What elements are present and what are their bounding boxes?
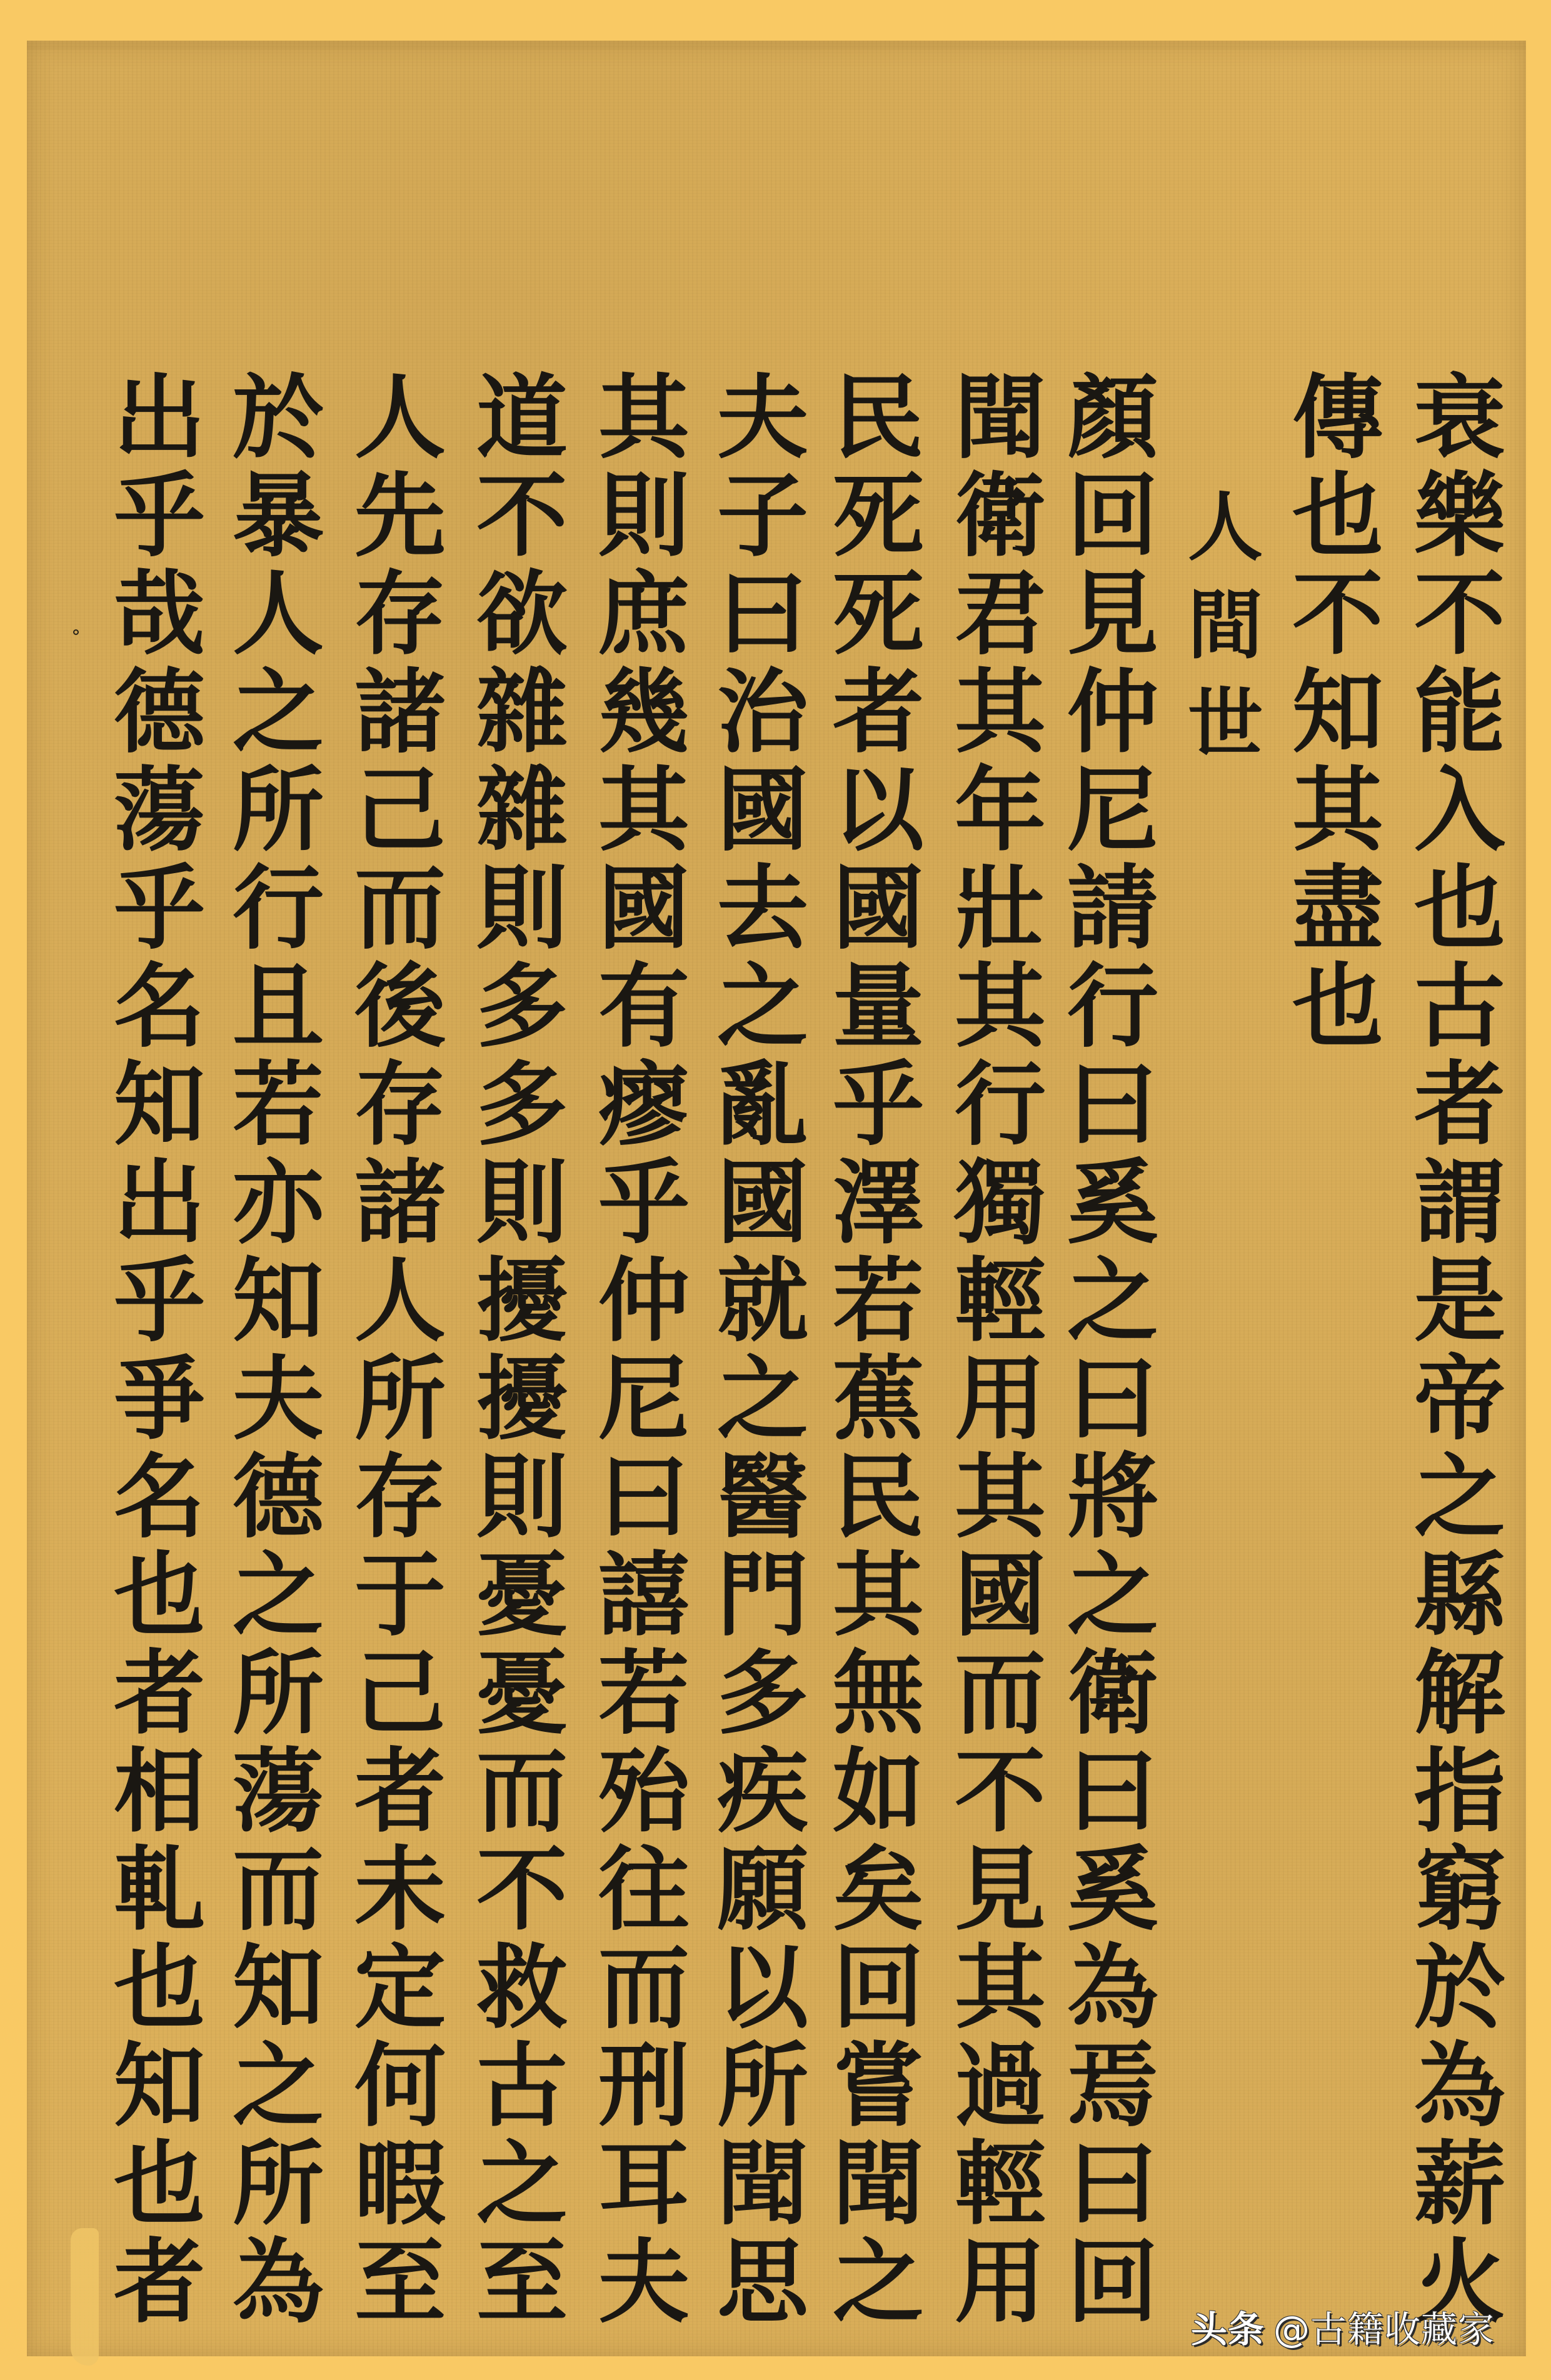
text-column-5: 聞衛君其年壯其行獨輕用其國而不見其過輕用	[938, 369, 1063, 2331]
manuscript-character: 其	[938, 1448, 1063, 1546]
manuscript-character: 蕩	[97, 761, 222, 859]
manuscript-character: 暇	[338, 2135, 463, 2233]
manuscript-character: 者	[1397, 1056, 1522, 1154]
manuscript-character: 知	[216, 1252, 341, 1350]
manuscript-character: 所	[338, 1350, 463, 1448]
manuscript-character: 帝	[1397, 1350, 1522, 1448]
manuscript-character: 過	[938, 2037, 1063, 2135]
manuscript-character: 門	[700, 1546, 825, 1644]
manuscript-character: 蕉	[816, 1350, 941, 1448]
manuscript-character: 請	[1050, 859, 1175, 957]
manuscript-character: 亂	[700, 1056, 825, 1154]
manuscript-character: 也	[97, 1546, 222, 1644]
manuscript-character: 而	[216, 1841, 341, 1939]
manuscript-character: 乎	[97, 1252, 222, 1350]
manuscript-character: 聞	[816, 2135, 941, 2233]
manuscript-character: 于	[338, 1546, 463, 1644]
manuscript-character: 其	[1275, 761, 1400, 859]
manuscript-character: 德	[97, 663, 222, 761]
manuscript-character: 蕩	[216, 1742, 341, 1841]
manuscript-character: 幾	[581, 663, 706, 761]
manuscript-character: 刑	[581, 2037, 706, 2135]
manuscript-character: 衛	[1050, 1644, 1175, 1742]
manuscript-character: 道	[459, 369, 585, 467]
manuscript-character: 謂	[1397, 1154, 1522, 1252]
manuscript-character: 之	[1050, 1546, 1175, 1644]
manuscript-character: 德	[216, 1448, 341, 1546]
manuscript-character: 縣	[1397, 1546, 1522, 1644]
manuscript-character: 知	[97, 2037, 222, 2135]
manuscript-character: 死	[816, 565, 941, 663]
manuscript-character: 焉	[1050, 2037, 1175, 2135]
manuscript-character: 量	[816, 957, 941, 1056]
manuscript-character: 回	[1050, 2233, 1175, 2331]
manuscript-character: 國	[700, 761, 825, 859]
manuscript-character: 曰	[1050, 1350, 1175, 1448]
manuscript-character: 奚	[1050, 1841, 1175, 1939]
manuscript-character: 民	[816, 1448, 941, 1546]
manuscript-character: 存	[338, 1448, 463, 1546]
manuscript-character: 出	[97, 1154, 222, 1252]
manuscript-character: 不	[459, 1841, 585, 1939]
manuscript-character: 軋	[97, 1841, 222, 1939]
manuscript-character: 而	[581, 1939, 706, 2037]
manuscript-character: 其	[938, 957, 1063, 1056]
manuscript-character: 之	[1397, 1448, 1522, 1546]
manuscript-character: 古	[1397, 957, 1522, 1056]
manuscript-character: 去	[700, 859, 825, 957]
manuscript-character: 若	[216, 1056, 341, 1154]
manuscript-character: 古	[459, 2037, 585, 2135]
manuscript-character: 薪	[1397, 2135, 1522, 2233]
manuscript-character: 之	[216, 1546, 341, 1644]
manuscript-character: 夫	[581, 2233, 706, 2331]
manuscript-character: 國	[816, 859, 941, 957]
manuscript-character: 出	[97, 369, 222, 467]
manuscript-character: 民	[816, 369, 941, 467]
manuscript-character: 若	[581, 1644, 706, 1742]
manuscript-character: 己	[338, 1644, 463, 1742]
manuscript-character: 為	[216, 2233, 341, 2331]
manuscript-character: 至	[459, 2233, 585, 2331]
manuscript-character: 者	[338, 1742, 463, 1841]
manuscript-character: 則	[459, 1448, 585, 1546]
manuscript-character: 多	[700, 1644, 825, 1742]
manuscript-character: 曰	[581, 1448, 706, 1546]
manuscript-character: 行	[216, 859, 341, 957]
manuscript-character: 醫	[700, 1448, 825, 1546]
manuscript-character: 多	[459, 1056, 585, 1154]
manuscript-character: 傳	[1275, 369, 1400, 467]
manuscript-character: 也	[1397, 859, 1522, 957]
manuscript-character: 曰	[700, 565, 825, 663]
manuscript-page: 衰樂不能入也古者謂是帝之縣解指窮於為薪火 傳也不知其盡也 人間世 顏回見仲尼請行…	[27, 41, 1526, 2356]
manuscript-character: 其	[816, 1546, 941, 1644]
manuscript-character: 不	[938, 1742, 1063, 1841]
manuscript-character: 知	[1275, 663, 1400, 761]
manuscript-character: 而	[459, 1742, 585, 1841]
manuscript-character: 於	[216, 369, 341, 467]
manuscript-character: 且	[216, 957, 341, 1056]
manuscript-character: 所	[216, 2135, 341, 2233]
text-column-6: 民死死者以國量乎澤若蕉民其無如矣回嘗聞之	[816, 369, 941, 2331]
manuscript-character: 年	[938, 761, 1063, 859]
manuscript-character: 將	[1050, 1448, 1175, 1546]
manuscript-character: 則	[459, 1154, 585, 1252]
manuscript-character: 先	[338, 467, 463, 565]
manuscript-character: 曰	[1050, 1056, 1175, 1154]
manuscript-character: 回	[1050, 467, 1175, 565]
manuscript-character: 夫	[700, 369, 825, 467]
manuscript-character: 之	[1050, 1252, 1175, 1350]
manuscript-character: 其	[581, 369, 706, 467]
manuscript-character: 乎	[581, 1154, 706, 1252]
manuscript-character: 名	[97, 957, 222, 1056]
manuscript-character: 輕	[938, 1252, 1063, 1350]
manuscript-character: 獨	[938, 1154, 1063, 1252]
manuscript-character: 人	[338, 1252, 463, 1350]
manuscript-character: 名	[97, 1448, 222, 1546]
manuscript-character: 願	[700, 1841, 825, 1939]
manuscript-character: 亦	[216, 1154, 341, 1252]
manuscript-character: 曰	[1050, 2135, 1175, 2233]
manuscript-character: 後	[338, 957, 463, 1056]
text-column-10: 人先存諸己而後存諸人所存于己者未定何暇至	[338, 369, 463, 2331]
manuscript-character: 也	[97, 1939, 222, 2037]
manuscript-character: 入	[1397, 761, 1522, 859]
manuscript-character: 之	[459, 2135, 585, 2233]
manuscript-character: 壯	[938, 859, 1063, 957]
manuscript-character: 見	[938, 1841, 1063, 1939]
manuscript-character: 憂	[459, 1644, 585, 1742]
manuscript-character: 顏	[1050, 369, 1175, 467]
manuscript-character: 則	[459, 859, 585, 957]
manuscript-character: 曰	[1050, 1742, 1175, 1841]
manuscript-character: 其	[581, 761, 706, 859]
manuscript-character: 以	[700, 1939, 825, 2037]
manuscript-character: 所	[216, 1644, 341, 1742]
manuscript-character: 而	[338, 859, 463, 957]
manuscript-character: 擾	[459, 1252, 585, 1350]
manuscript-character: 哉	[97, 565, 222, 663]
manuscript-character: 解	[1397, 1644, 1522, 1742]
manuscript-character: 擾	[459, 1350, 585, 1448]
text-column-4: 顏回見仲尼請行曰奚之曰將之衛曰奚為焉曰回	[1050, 369, 1175, 2331]
manuscript-character: 乎	[97, 467, 222, 565]
manuscript-character: 知	[97, 1056, 222, 1154]
manuscript-character: 用	[938, 1350, 1063, 1448]
manuscript-character: 窮	[1397, 1841, 1522, 1939]
manuscript-character: 諸	[338, 1154, 463, 1252]
manuscript-character: 死	[816, 467, 941, 565]
manuscript-character: 回	[816, 1939, 941, 2037]
manuscript-character: 仲	[581, 1252, 706, 1350]
manuscript-character: 其	[938, 663, 1063, 761]
manuscript-character: 人	[216, 565, 341, 663]
manuscript-character: 子	[700, 467, 825, 565]
watermark-handle: @古籍收藏家	[1273, 2308, 1495, 2351]
manuscript-character: 聞	[938, 369, 1063, 467]
manuscript-character: 國	[700, 1154, 825, 1252]
page-edge	[27, 41, 1526, 49]
manuscript-character: 乎	[97, 859, 222, 957]
manuscript-character: 治	[700, 663, 825, 761]
manuscript-character: 有	[581, 957, 706, 1056]
manuscript-character: 耳	[581, 2135, 706, 2233]
manuscript-character: 盡	[1275, 859, 1400, 957]
text-column-9: 道不欲雜雜則多多則擾擾則憂憂而不救古之至	[459, 369, 585, 2331]
manuscript-character: 見	[1050, 565, 1175, 663]
manuscript-character: 雜	[459, 761, 585, 859]
manuscript-character: 國	[581, 859, 706, 957]
manuscript-character: 之	[700, 957, 825, 1056]
manuscript-character: 國	[938, 1546, 1063, 1644]
manuscript-character: 庶	[581, 565, 706, 663]
text-column-11: 於暴人之所行且若亦知夫德之所蕩而知之所為	[216, 369, 341, 2331]
manuscript-character: 是	[1397, 1252, 1522, 1350]
manuscript-character: 之	[216, 2037, 341, 2135]
manuscript-character: 能	[1397, 663, 1522, 761]
manuscript-character: 夫	[216, 1350, 341, 1448]
manuscript-character: 人	[1163, 478, 1288, 576]
manuscript-character: 也	[1275, 467, 1400, 565]
manuscript-character: 樂	[1397, 467, 1522, 565]
paper-damage-stain	[71, 2228, 99, 2366]
manuscript-character: 若	[816, 1252, 941, 1350]
manuscript-character: 己	[338, 761, 463, 859]
manuscript-character: 用	[938, 2233, 1063, 2331]
manuscript-character: 譆	[581, 1546, 706, 1644]
manuscript-character: 而	[938, 1644, 1063, 1742]
text-column-7: 夫子曰治國去之亂國就之醫門多疾願以所聞思	[700, 369, 825, 2331]
manuscript-character: 為	[1397, 2037, 1522, 2135]
manuscript-character: 思	[700, 2233, 825, 2331]
manuscript-character: 疾	[700, 1742, 825, 1841]
manuscript-character: 世	[1163, 674, 1288, 772]
manuscript-character: 相	[97, 1742, 222, 1841]
manuscript-character: 行	[938, 1056, 1063, 1154]
manuscript-character: 行	[1050, 957, 1175, 1056]
manuscript-character: 尼	[581, 1350, 706, 1448]
manuscript-character: 其	[938, 1939, 1063, 2037]
manuscript-character: 為	[1050, 1939, 1175, 2037]
manuscript-character: 之	[700, 1350, 825, 1448]
manuscript-character: 多	[459, 957, 585, 1056]
manuscript-character: 以	[816, 761, 941, 859]
manuscript-character: 存	[338, 565, 463, 663]
manuscript-character: 奚	[1050, 1154, 1175, 1252]
manuscript-character: 乎	[816, 1056, 941, 1154]
manuscript-character: 不	[1397, 565, 1522, 663]
text-column-12: 出乎哉德蕩乎名知出乎爭名也者相軋也知也者	[97, 369, 222, 2331]
manuscript-character: 不	[459, 467, 585, 565]
manuscript-character: 如	[816, 1742, 941, 1841]
manuscript-character: 輕	[938, 2135, 1063, 2233]
manuscript-character: 知	[216, 1939, 341, 2037]
text-column-8: 其則庶幾其國有瘳乎仲尼曰譆若殆往而刑耳夫	[581, 369, 706, 2331]
manuscript-character: 也	[1275, 957, 1400, 1056]
manuscript-character: 往	[581, 1841, 706, 1939]
manuscript-character: 則	[581, 467, 706, 565]
manuscript-character: 諸	[338, 663, 463, 761]
manuscript-character: 就	[700, 1252, 825, 1350]
manuscript-character: 於	[1397, 1939, 1522, 2037]
manuscript-character: 救	[459, 1939, 585, 2037]
watermark-platform: 头条	[1191, 2308, 1265, 2351]
manuscript-character: 衛	[938, 467, 1063, 565]
manuscript-character: 所	[700, 2037, 825, 2135]
manuscript-character: 指	[1397, 1742, 1522, 1841]
text-column-1: 衰樂不能入也古者謂是帝之縣解指窮於為薪火	[1397, 369, 1522, 2331]
manuscript-character: 衰	[1397, 369, 1522, 467]
manuscript-character: 人	[338, 369, 463, 467]
manuscript-character: 聞	[700, 2135, 825, 2233]
watermark: 头条@古籍收藏家	[1191, 2300, 1495, 2352]
manuscript-character: 瘳	[581, 1056, 706, 1154]
manuscript-character: 未	[338, 1841, 463, 1939]
manuscript-character: 矣	[816, 1841, 941, 1939]
manuscript-character: 尼	[1050, 761, 1175, 859]
manuscript-character: 仲	[1050, 663, 1175, 761]
manuscript-character: 憂	[459, 1546, 585, 1644]
chapter-title-column: 人間世	[1163, 478, 1288, 772]
manuscript-character: 至	[338, 2233, 463, 2331]
manuscript-character: 君	[938, 565, 1063, 663]
manuscript-character: 之	[816, 2233, 941, 2331]
manuscript-character: 無	[816, 1644, 941, 1742]
manuscript-character: 間	[1163, 576, 1288, 674]
manuscript-character: 澤	[816, 1154, 941, 1252]
manuscript-character: 不	[1275, 565, 1400, 663]
manuscript-character: 定	[338, 1939, 463, 2037]
manuscript-character: 爭	[97, 1350, 222, 1448]
manuscript-character: 者	[97, 2233, 222, 2331]
manuscript-character: 存	[338, 1056, 463, 1154]
manuscript-character: 者	[97, 1644, 222, 1742]
punctuation-circle-mark	[73, 629, 79, 635]
manuscript-character: 何	[338, 2037, 463, 2135]
manuscript-character: 也	[97, 2135, 222, 2233]
text-column-2: 傳也不知其盡也	[1275, 369, 1400, 1056]
manuscript-character: 所	[216, 761, 341, 859]
manuscript-character: 之	[216, 663, 341, 761]
manuscript-character: 嘗	[816, 2037, 941, 2135]
manuscript-character: 雜	[459, 663, 585, 761]
manuscript-character: 殆	[581, 1742, 706, 1841]
manuscript-character: 者	[816, 663, 941, 761]
manuscript-character: 欲	[459, 565, 585, 663]
manuscript-character: 暴	[216, 467, 341, 565]
